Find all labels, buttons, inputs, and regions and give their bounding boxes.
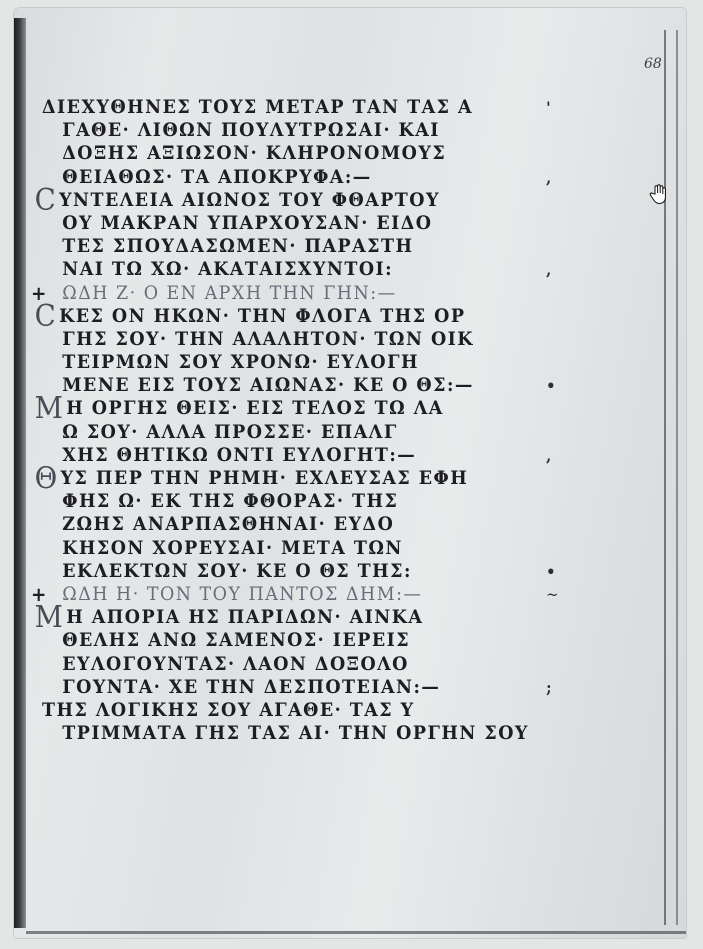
line-text: ΝΑΙ ΤΩ ΧΩ· ΑΚΑΤΑΙΣΧΥΝΤΟΙ: xyxy=(62,258,393,280)
text-line: ΘΥΣ ΠΕΡ ΤΗΝ ΡΗΜΗ· ΕΧΛΕΥΣΑΣ ΕΦΗ xyxy=(42,467,539,490)
margin-annotation: ~ xyxy=(546,583,560,606)
text-line: ΘΕΙΑΘΩΣ· ΤΑ ΑΠΟΚΡΥΦΑ:—, xyxy=(42,166,539,189)
text-line: ΤΕΙΡΜΩΝ ΣΟΥ ΧΡΟΝΩ· ΕΥΛΟΓΗ xyxy=(42,351,539,374)
line-text: ΤΡΙΜΜΑΤΑ ΓΗΣ ΤΑΣ ΑΙ· ΤΗΝ ΟΡΓΗΝ ΣΟΥ xyxy=(62,722,529,744)
text-line: ΧΗΣ ΘΗΤΙΚΩ ΟΝΤΙ ΕΥΛΟΓΗΤ:—, xyxy=(42,444,539,467)
line-text: ΘΕΙΑΘΩΣ· ΤΑ ΑΠΟΚΡΥΦΑ:— xyxy=(62,166,371,188)
margin-annotation: • xyxy=(546,374,557,397)
text-line: ΜΗ ΟΡΓΗΣ ΘΕΙΣ· ΕΙΣ ΤΕΛΟΣ ΤΩ ΛΑ xyxy=(42,397,539,420)
line-text: ΓΑΘΕ· ΛΙΘΩΝ ΠΟΥΛΥΤΡΩΣΑΙ· ΚΑΙ xyxy=(62,119,440,141)
text-line: ΟΥ ΜΑΚΡΑΝ ΥΠΑΡΧΟΥΣΑΝ· ΕΙΔΟ xyxy=(42,212,539,235)
line-text: ΤΗΣ ΛΟΓΙΚΗΣ ΣΟΥ ΑΓΑΘΕ· ΤΑΣ Υ xyxy=(42,699,415,721)
line-text: Ω ΣΟΥ· ΑΛΛΑ ΠΡΟΣΣΕ· ΕΠΑΛΓ xyxy=(62,421,397,443)
line-text: ΤΕΙΡΜΩΝ ΣΟΥ ΧΡΟΝΩ· ΕΥΛΟΓΗ xyxy=(62,351,419,373)
line-text: ΔΙΕΧΥΘΗΝΕΣ ΤΟΥΣ ΜΕΤΑΡ ΤΑΝ ΤΑΣ Α xyxy=(42,96,473,118)
text-line: ΖΩΗΣ ΑΝΑΡΠΑΣΘΗΝΑΙ· ΕΥΔΟ xyxy=(42,513,539,536)
line-text: ΥΣ ΠΕΡ ΤΗΝ ΡΗΜΗ· ΕΧΛΕΥΣΑΣ ΕΦΗ xyxy=(61,467,469,489)
line-text: ΚΗΣΟΝ ΧΟΡΕΥΣΑΙ· ΜΕΤΑ ΤΩΝ xyxy=(62,537,403,559)
margin-annotation: , xyxy=(546,166,553,189)
manuscript-text-block: ΔΙΕΧΥΘΗΝΕΣ ΤΟΥΣ ΜΕΤΑΡ ΤΑΝ ΤΑΣ Α'ΓΑΘΕ· ΛΙ… xyxy=(42,96,582,745)
line-text: ΩΔΗ Η· ΤΟΝ ΤΟΥ ΠΑΝΤΟΣ ΔΗΜ:— xyxy=(62,583,422,605)
text-line: ΜΕΝΕ ΕΙΣ ΤΟΥΣ ΑΙΩΝΑΣ· ΚΕ Ο ΘΣ:—• xyxy=(42,374,539,397)
margin-annotation: , xyxy=(546,444,553,467)
rubric-line: +ΩΔΗ Ζ· Ο ΕΝ ΑΡΧΗ ΤΗΝ ΓΗΝ:— xyxy=(42,282,539,305)
text-line: CΚΕΣ ΟΝ ΗΚΩΝ· ΤΗΝ ΦΛΟΓΑ ΤΗΣ ΟΡ xyxy=(42,305,539,328)
line-text: ΤΕΣ ΣΠΟΥΔΑΣΩΜΕΝ· ΠΑΡΑΣΤΗ xyxy=(62,235,413,257)
margin-annotation: ; xyxy=(546,676,553,699)
text-line: ΓΟΥΝΤΑ· ΧΕ ΤΗΝ ΔΕΣΠΟΤΕΙΑΝ:—; xyxy=(42,676,539,699)
line-text: ΔΟΞΗΣ ΑΞΙΩΣΟΝ· ΚΛΗΡΟΝΟΜΟΥΣ xyxy=(62,142,446,164)
text-line: ΔΙΕΧΥΘΗΝΕΣ ΤΟΥΣ ΜΕΤΑΡ ΤΑΝ ΤΑΣ Α' xyxy=(42,96,539,119)
margin-annotation: ' xyxy=(546,96,552,119)
text-line: ΤΡΙΜΜΑΤΑ ΓΗΣ ΤΑΣ ΑΙ· ΤΗΝ ΟΡΓΗΝ ΣΟΥ xyxy=(42,722,539,745)
text-line: Ω ΣΟΥ· ΑΛΛΑ ΠΡΟΣΣΕ· ΕΠΑΛΓ xyxy=(42,421,539,444)
margin-annotation: • xyxy=(546,560,557,583)
line-text: ΚΕΣ ΟΝ ΗΚΩΝ· ΤΗΝ ΦΛΟΓΑ ΤΗΣ ΟΡ xyxy=(59,305,465,327)
line-text: ΟΥ ΜΑΚΡΑΝ ΥΠΑΡΧΟΥΣΑΝ· ΕΙΔΟ xyxy=(62,212,432,234)
line-text: ΧΗΣ ΘΗΤΙΚΩ ΟΝΤΙ ΕΥΛΟΓΗΤ:— xyxy=(62,444,416,466)
text-line: ΤΗΣ ΛΟΓΙΚΗΣ ΣΟΥ ΑΓΑΘΕ· ΤΑΣ Υ xyxy=(42,699,539,722)
binding-shadow xyxy=(14,18,26,928)
line-text: Η ΟΡΓΗΣ ΘΕΙΣ· ΕΙΣ ΤΕΛΟΣ ΤΩ ΛΑ xyxy=(66,397,444,419)
text-line: ΓΗΣ ΣΟΥ· ΤΗΝ ΑΛΑΛΗΤΟΝ· ΤΩΝ ΟΙΚ xyxy=(42,328,539,351)
line-text: ΜΕΝΕ ΕΙΣ ΤΟΥΣ ΑΙΩΝΑΣ· ΚΕ Ο ΘΣ:— xyxy=(62,374,474,396)
text-line: ΘΕΛΗΣ ΑΝΩ ΣΑΜΕΝΟΣ· ΙΕΡΕΙΣ xyxy=(42,629,539,652)
margin-annotation: , xyxy=(546,258,553,281)
line-text: ΕΥΛΟΓΟΥΝΤΑΣ· ΛΑΟΝ ΔΟΞΟΛΟ xyxy=(62,653,409,675)
text-line: ΜΗ ΑΠΟΡΙΑ ΗΣ ΠΑΡΙΔΩΝ· ΑΙΝΚΑ xyxy=(42,606,539,629)
line-text: ΓΟΥΝΤΑ· ΧΕ ΤΗΝ ΔΕΣΠΟΤΕΙΑΝ:— xyxy=(62,676,440,698)
text-line: ΓΑΘΕ· ΛΙΘΩΝ ΠΟΥΛΥΤΡΩΣΑΙ· ΚΑΙ xyxy=(42,119,539,142)
line-text: ΦΗΣ Ω· ΕΚ ΤΗΣ ΦΘΟΡΑΣ· ΤΗΣ xyxy=(62,490,398,512)
line-text: Η ΑΠΟΡΙΑ ΗΣ ΠΑΡΙΔΩΝ· ΑΙΝΚΑ xyxy=(66,606,423,628)
page-edge-right xyxy=(664,30,678,925)
text-line: ΕΚΛΕΚΤΩΝ ΣΟΥ· ΚΕ Ο ΘΣ ΤΗΣ:• xyxy=(42,560,539,583)
line-text: ΓΗΣ ΣΟΥ· ΤΗΝ ΑΛΑΛΗΤΟΝ· ΤΩΝ ΟΙΚ xyxy=(62,328,474,350)
line-text: ΖΩΗΣ ΑΝΑΡΠΑΣΘΗΝΑΙ· ΕΥΔΟ xyxy=(62,513,394,535)
page-edge-bottom xyxy=(26,931,686,934)
rubric-line: +ΩΔΗ Η· ΤΟΝ ΤΟΥ ΠΑΝΤΟΣ ΔΗΜ:—~ xyxy=(42,583,539,606)
line-text: ΥΝΤΕΛΕΙΑ ΑΙΩΝΟΣ ΤΟΥ ΦΘΑΡΤΟΥ xyxy=(59,189,440,211)
line-text: ΘΕΛΗΣ ΑΝΩ ΣΑΜΕΝΟΣ· ΙΕΡΕΙΣ xyxy=(62,629,410,651)
text-line: ΤΕΣ ΣΠΟΥΔΑΣΩΜΕΝ· ΠΑΡΑΣΤΗ xyxy=(42,235,539,258)
hand-pointer-icon xyxy=(649,183,669,205)
text-line: ΦΗΣ Ω· ΕΚ ΤΗΣ ΦΘΟΡΑΣ· ΤΗΣ xyxy=(42,490,539,513)
text-line: ΔΟΞΗΣ ΑΞΙΩΣΟΝ· ΚΛΗΡΟΝΟΜΟΥΣ xyxy=(42,142,539,165)
text-line: ΝΑΙ ΤΩ ΧΩ· ΑΚΑΤΑΙΣΧΥΝΤΟΙ:, xyxy=(42,258,539,281)
text-line: CΥΝΤΕΛΕΙΑ ΑΙΩΝΟΣ ΤΟΥ ΦΘΑΡΤΟΥ xyxy=(42,189,539,212)
text-line: ΕΥΛΟΓΟΥΝΤΑΣ· ΛΑΟΝ ΔΟΞΟΛΟ xyxy=(42,653,539,676)
line-text: ΩΔΗ Ζ· Ο ΕΝ ΑΡΧΗ ΤΗΝ ΓΗΝ:— xyxy=(62,282,396,304)
text-line: ΚΗΣΟΝ ΧΟΡΕΥΣΑΙ· ΜΕΤΑ ΤΩΝ xyxy=(42,537,539,560)
line-text: ΕΚΛΕΚΤΩΝ ΣΟΥ· ΚΕ Ο ΘΣ ΤΗΣ: xyxy=(62,560,412,582)
folio-number: 68 xyxy=(644,56,662,72)
